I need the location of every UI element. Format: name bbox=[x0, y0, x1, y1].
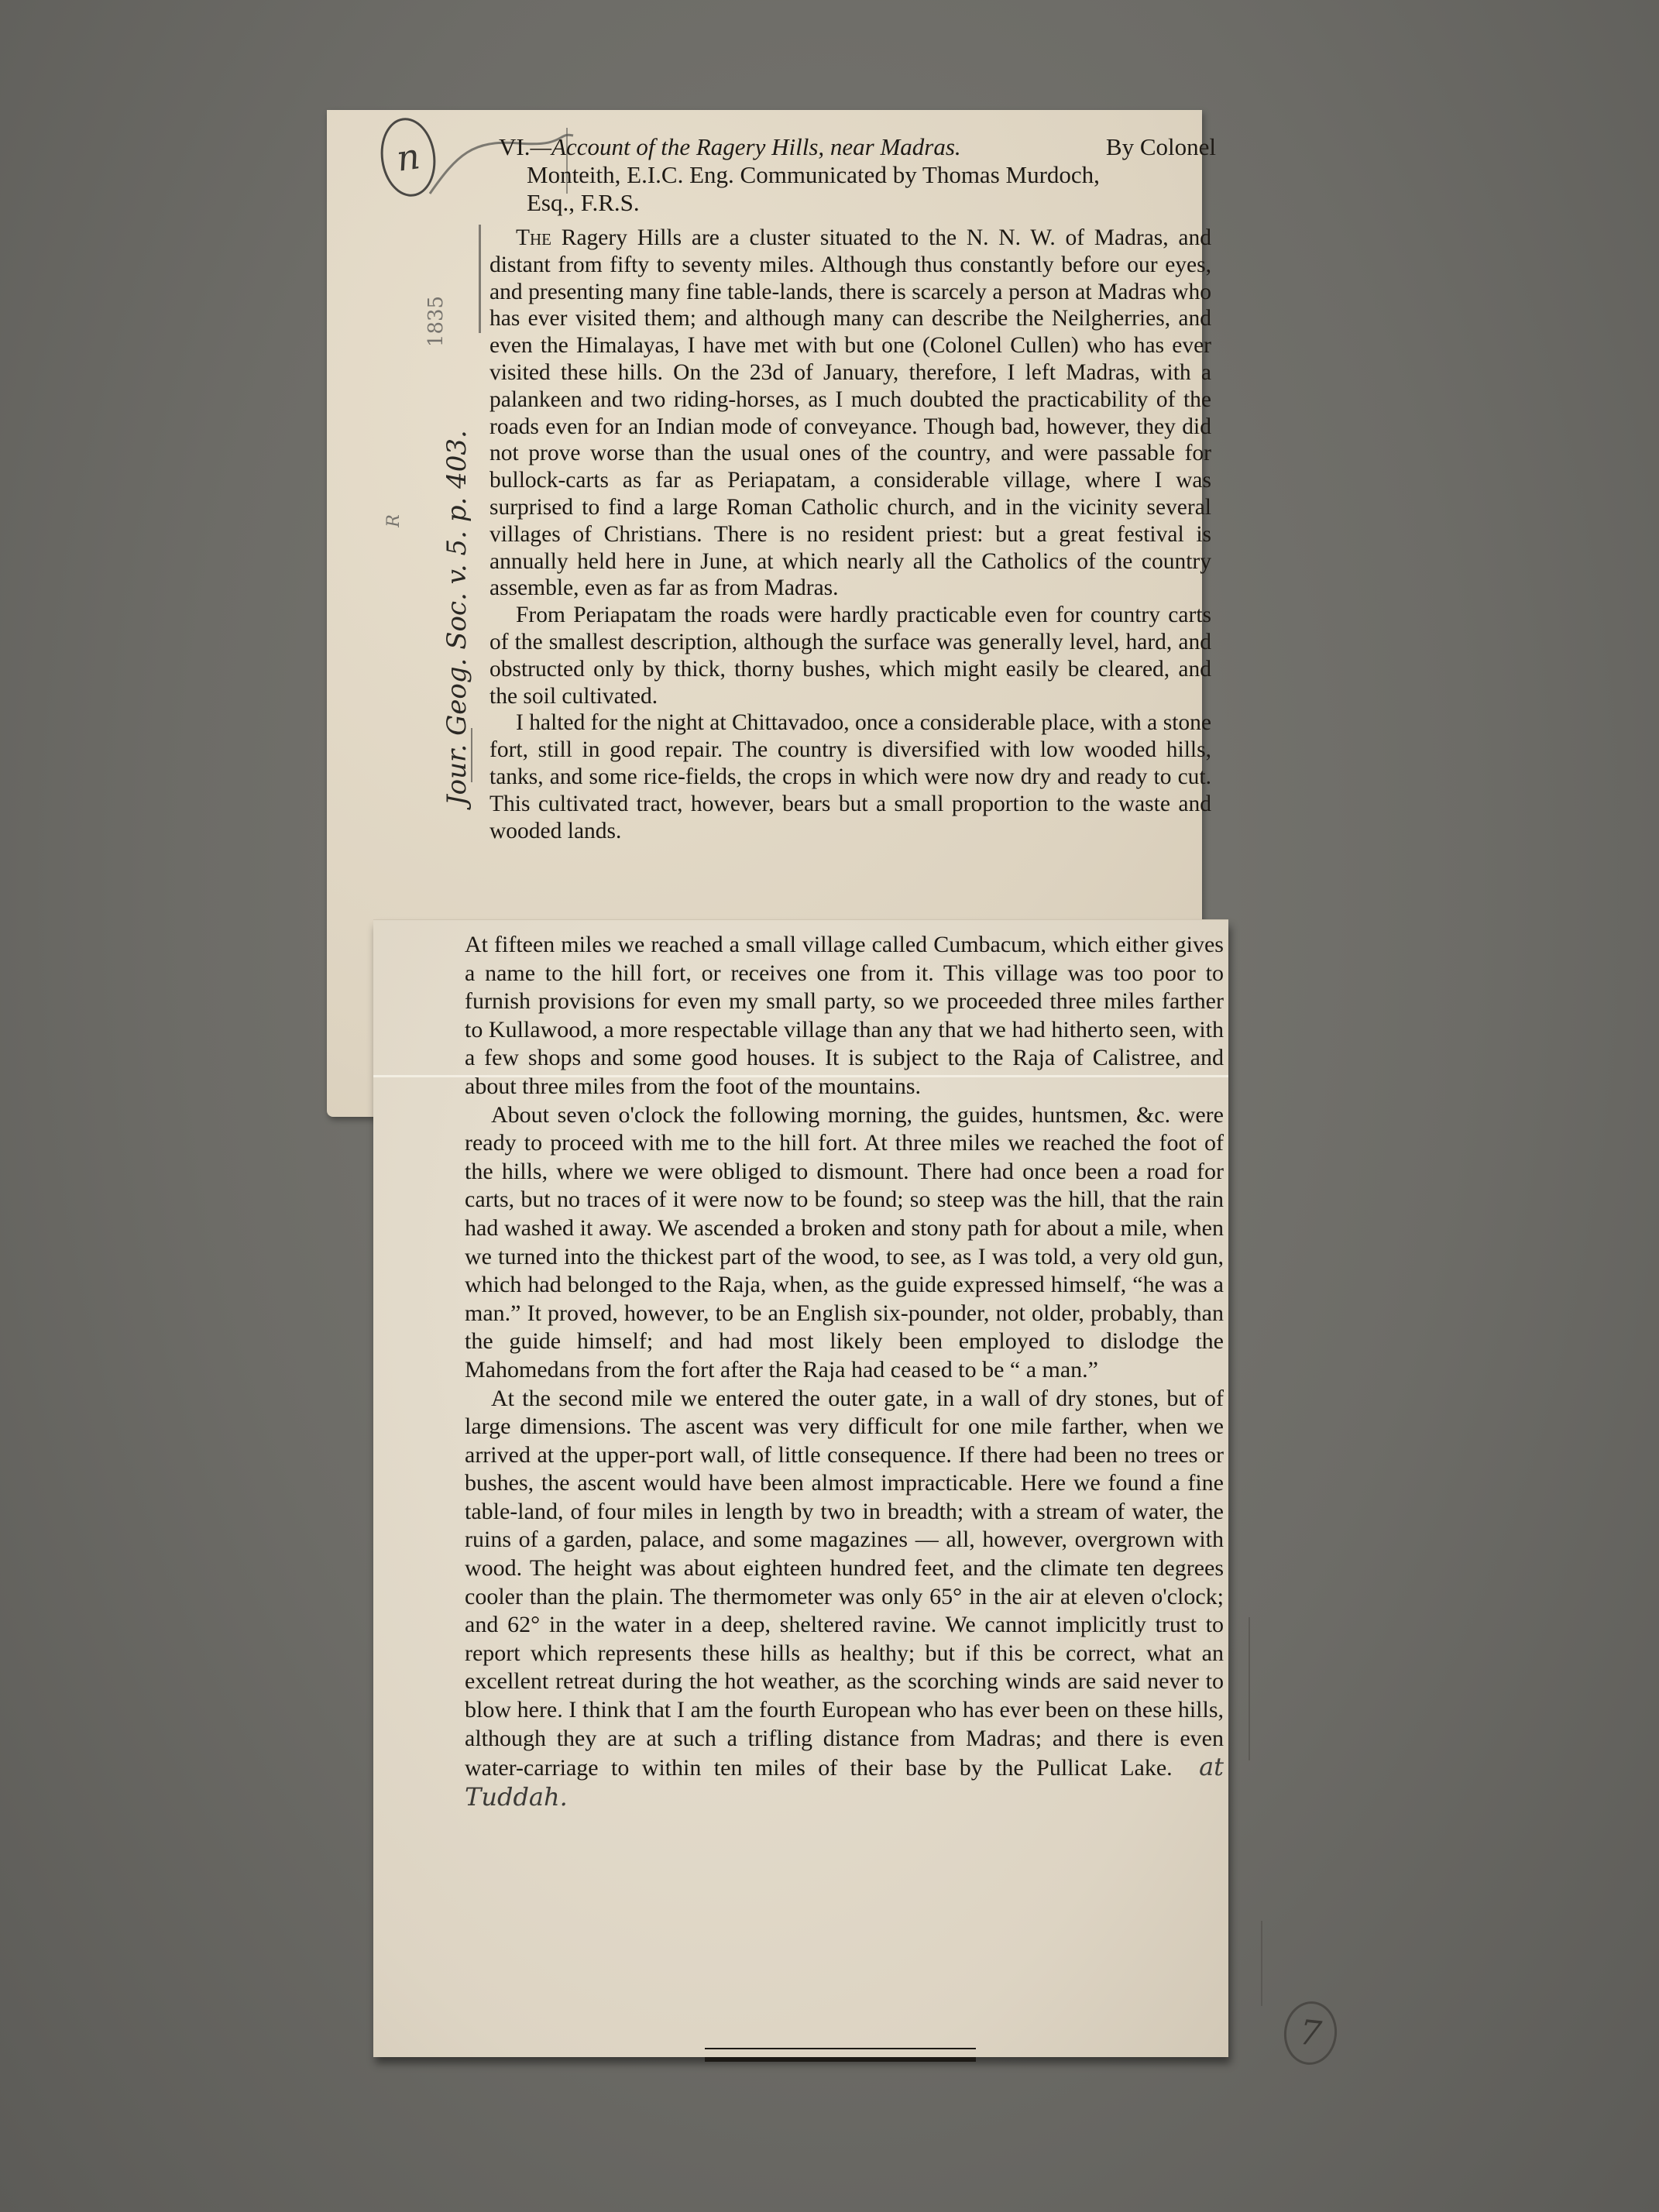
byline-part-3: Esq., F.R.S. bbox=[499, 189, 1216, 217]
circled-letter: n bbox=[394, 135, 423, 180]
article-heading: VI.—Account of the Ragery Hills, near Ma… bbox=[499, 133, 1216, 217]
end-rule-thick bbox=[705, 2057, 976, 2062]
margin-citation-handwritten: Jour. Geog. Soc. v. 5. p. 403. bbox=[441, 403, 472, 805]
article-title: —Account of the Ragery Hills, near Madra… bbox=[530, 133, 960, 160]
paragraph-3: I halted for the night at Chittavadoo, o… bbox=[489, 709, 1211, 844]
byline-part-1: By Colonel bbox=[1106, 133, 1216, 161]
right-margin-pencil-line bbox=[1249, 1617, 1250, 1760]
circled-number: 7 bbox=[1297, 2012, 1323, 2054]
paragraph-4: At fifteen miles we reached a small vill… bbox=[465, 931, 1224, 1101]
right-margin-pencil-line-2 bbox=[1261, 1921, 1262, 2006]
paragraph-6: At the second mile we entered the outer … bbox=[465, 1385, 1224, 1813]
left-margin-pencil-line bbox=[479, 225, 481, 333]
circled-annotation-bottom: 7 bbox=[1281, 1999, 1340, 2068]
margin-citation-superscript: R bbox=[384, 514, 404, 527]
paragraph-1: The Ragery Hills are a cluster situated … bbox=[489, 225, 1211, 602]
margin-year-handwritten: 1835 bbox=[424, 296, 448, 347]
lower-body-text: At fifteen miles we reached a small vill… bbox=[465, 931, 1224, 1812]
citation-text: Jour. Geog. Soc. v. 5. p. 403. bbox=[441, 430, 472, 805]
paragraph-5: About seven o'clock the following mornin… bbox=[465, 1101, 1224, 1385]
upper-body-text: The Ragery Hills are a cluster situated … bbox=[489, 225, 1211, 844]
byline-part-2: Monteith, E.I.C. Eng. Communicated by Th… bbox=[499, 161, 1216, 189]
end-rule-thin bbox=[705, 2048, 976, 2049]
paragraph-2: From Periapatam the roads were hardly pr… bbox=[489, 602, 1211, 709]
drop-lead-word: The bbox=[516, 225, 551, 250]
article-number: VI. bbox=[499, 133, 530, 160]
